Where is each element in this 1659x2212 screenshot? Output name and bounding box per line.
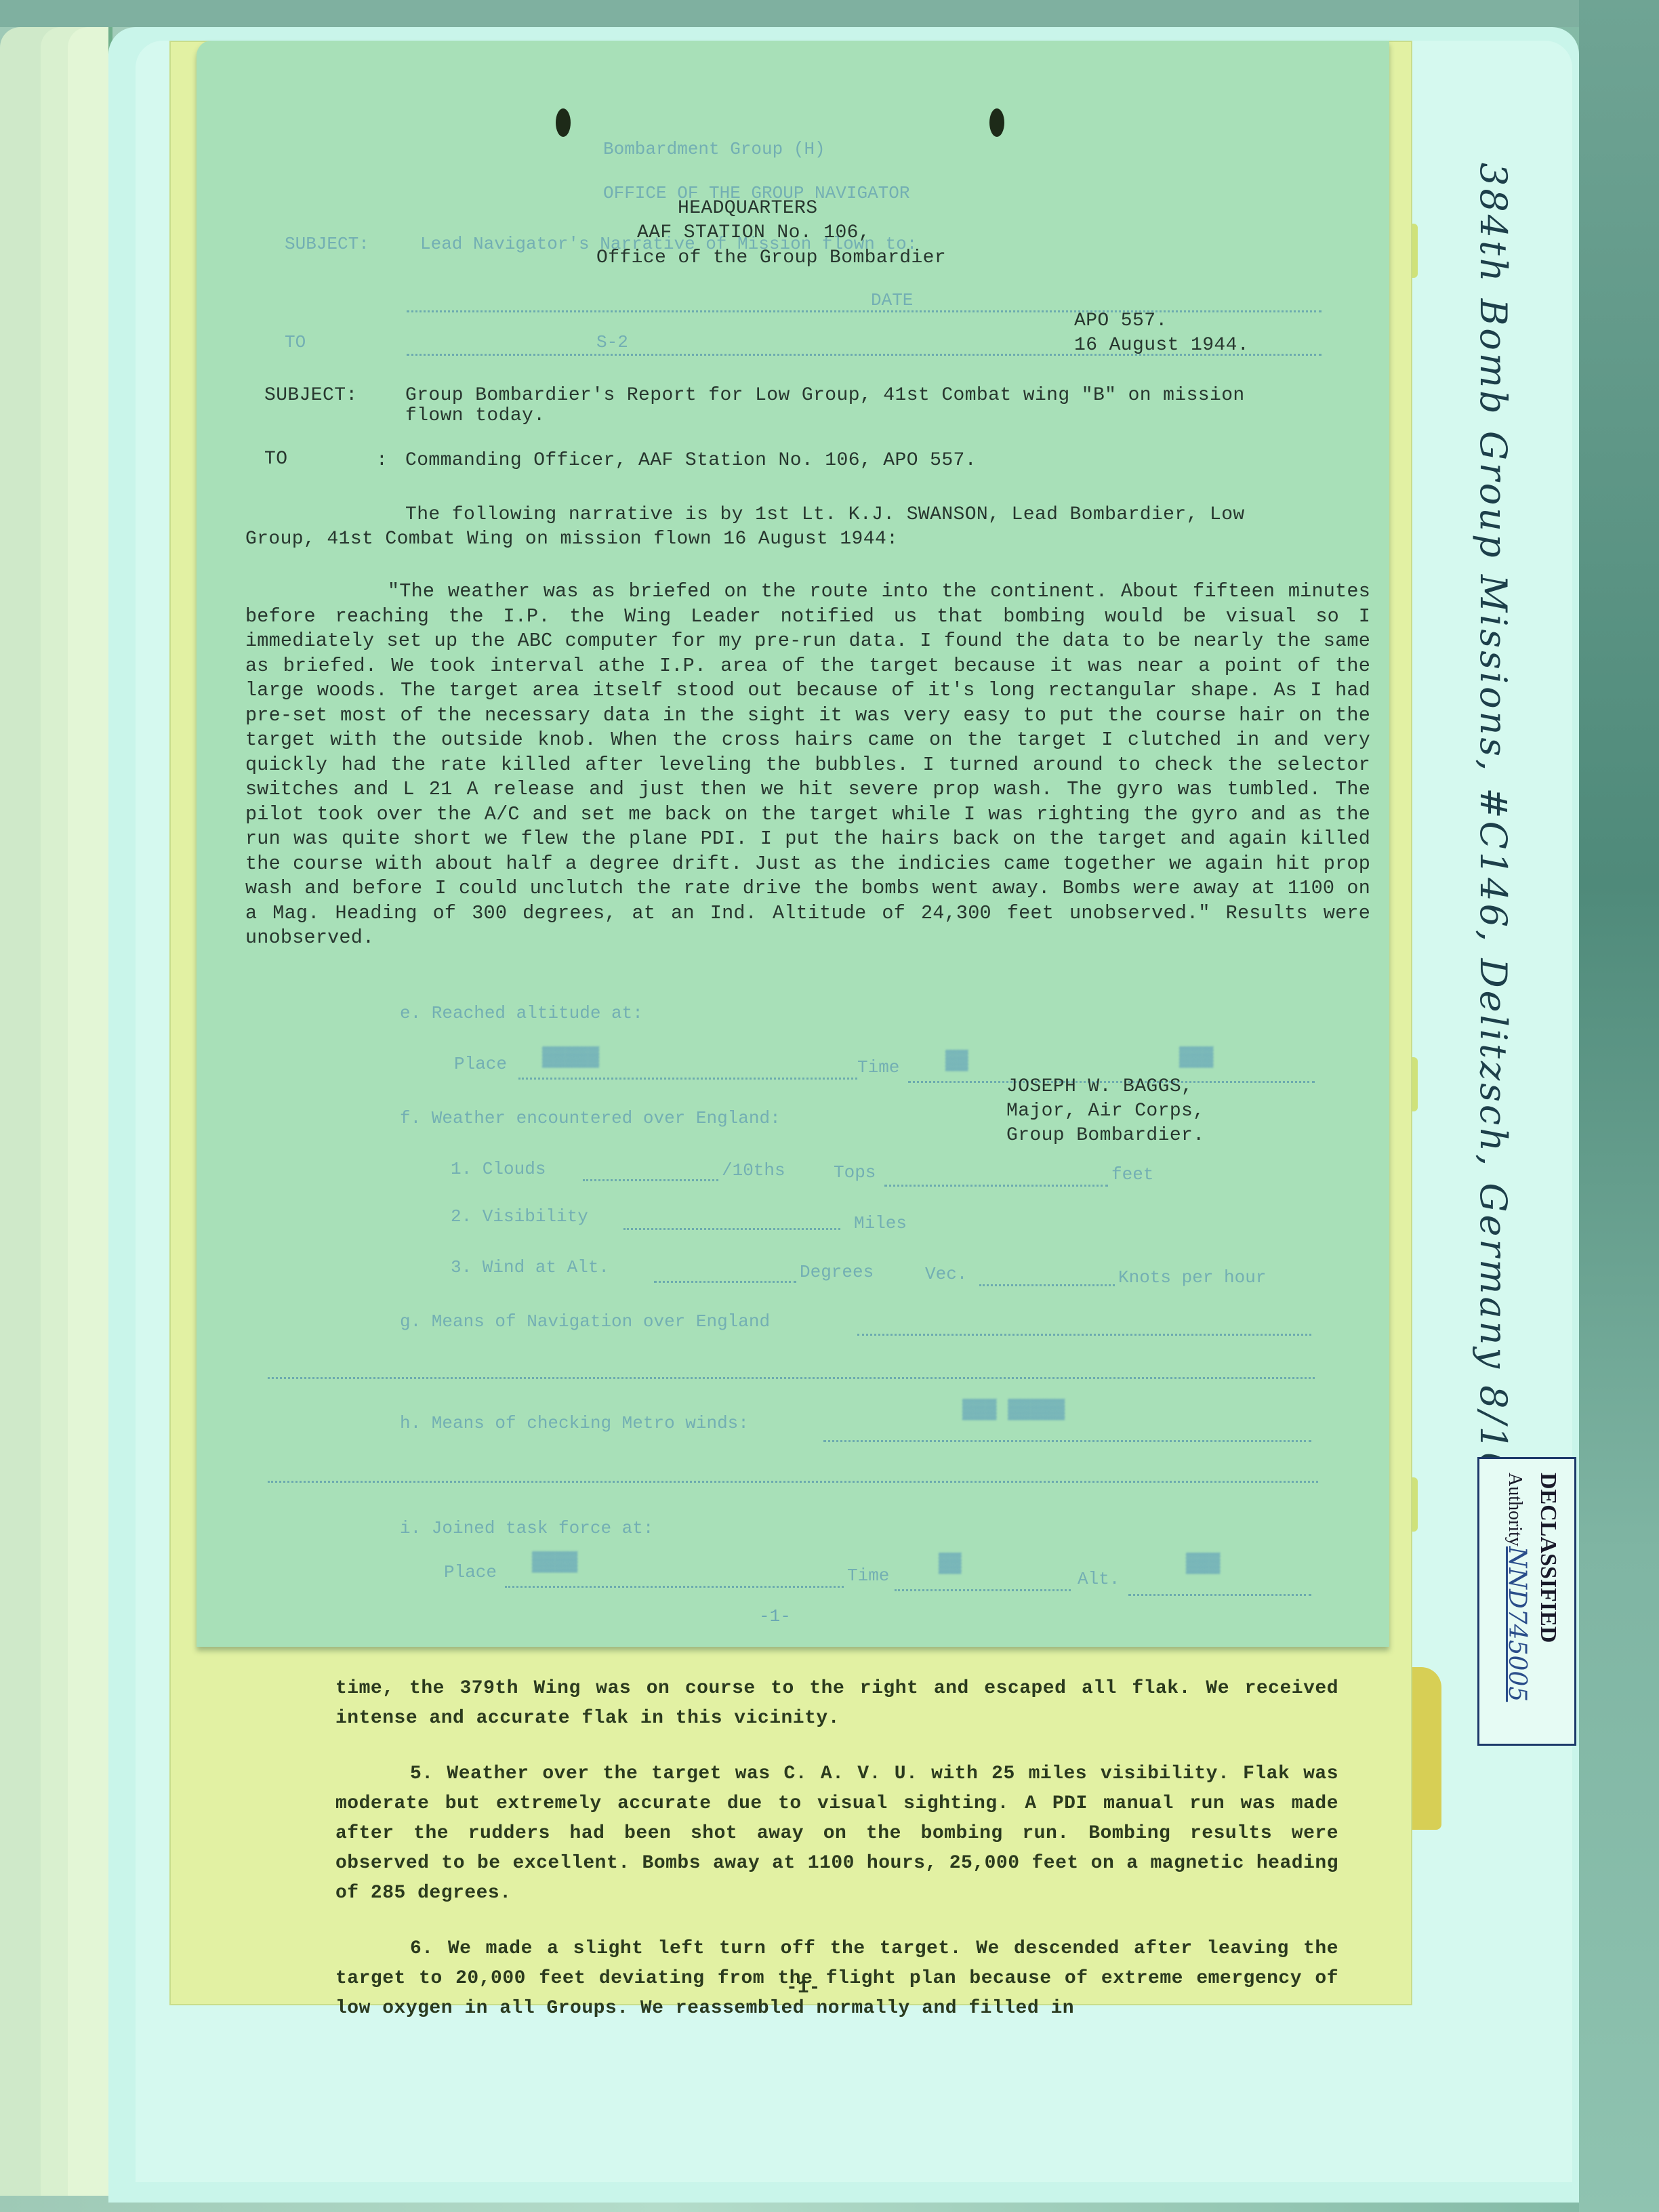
ghost-item-i: i. Joined task force at: — [400, 1518, 653, 1538]
underlying-page-number: -1- — [786, 1978, 820, 1999]
folder-annotation: 384th Bomb Group Missions, #C146, Delitz… — [1474, 163, 1528, 1382]
punch-hole — [556, 108, 571, 137]
letterhead-headquarters: HEADQUARTERS — [678, 198, 817, 219]
signature-rank: Major, Air Corps, — [1006, 1101, 1204, 1122]
ghost-line — [857, 1334, 1311, 1336]
ghost-wind-unit: Degrees — [800, 1262, 874, 1282]
paragraph-6: 6. We made a slight left turn off the ta… — [335, 1934, 1338, 2024]
ghost-to-label: TO — [285, 332, 306, 352]
ghost-unit: Bombardment Group (H) — [603, 139, 825, 159]
document-date: 16 August 1944. — [1074, 335, 1249, 356]
paragraph-4-tail: time, the 379th Wing was on course to th… — [335, 1674, 1338, 1734]
ghost-value: ▓▓▓ — [1186, 1553, 1220, 1574]
subject-text-line1: Group Bombardier's Report for Low Group,… — [405, 385, 1245, 406]
desk-surface — [0, 0, 1659, 27]
ghost-date-label: DATE — [871, 290, 913, 310]
ghost-line — [979, 1284, 1115, 1286]
letterhead-station: AAF STATION No. 106, — [637, 222, 870, 243]
ghost-line — [823, 1440, 1311, 1442]
ghost-item-g: g. Means of Navigation over England — [400, 1311, 770, 1332]
stacked-page — [68, 27, 112, 2196]
subject-text-line2: flown today. — [405, 405, 545, 426]
ghost-place-label: Place — [454, 1054, 507, 1074]
to-label: TO — [264, 449, 287, 470]
intro-line1: The following narrative is by 1st Lt. K.… — [405, 504, 1245, 525]
ghost-tops-label: Tops — [834, 1162, 876, 1183]
ghost-value: ▓▓ — [939, 1553, 962, 1574]
ghost-clouds-unit: /10ths — [722, 1160, 785, 1181]
stamp-authority: AuthorityNND745005 — [1503, 1473, 1531, 1702]
ghost-line — [1128, 1594, 1311, 1596]
ghost-vel-label: Vec. — [925, 1264, 967, 1284]
punch-hole — [989, 108, 1004, 137]
ghost-clouds-label: 1. Clouds — [451, 1159, 546, 1179]
subject-label: SUBJECT: — [264, 385, 358, 406]
paragraph-5: 5. Weather over the target was C. A. V. … — [335, 1759, 1338, 1908]
desk-surface-right — [1579, 0, 1659, 2212]
ghost-wind-label: 3. Wind at Alt. — [451, 1257, 609, 1277]
ghost-place-label: Place — [444, 1562, 497, 1582]
ghost-line — [505, 1586, 844, 1588]
ghost-line — [623, 1228, 840, 1230]
underlying-page-text: time, the 379th Wing was on course to th… — [335, 1674, 1338, 2049]
ghost-line — [518, 1078, 857, 1080]
ghost-visibility-unit: Miles — [854, 1213, 907, 1233]
letterhead-office: Office of the Group Bombardier — [596, 247, 946, 268]
ghost-time-label: Time — [857, 1057, 899, 1078]
ghost-to-value: S-2 — [596, 332, 628, 352]
ghost-line — [268, 1481, 1318, 1483]
ghost-value: ▓▓▓ — [1179, 1047, 1213, 1068]
to-recipient: Commanding Officer, AAF Station No. 106,… — [405, 450, 977, 471]
signature-name: JOSEPH W. BAGGS, — [1006, 1076, 1193, 1097]
ghost-value: ▓▓▓▓ — [532, 1552, 577, 1573]
ghost-line — [407, 310, 1322, 312]
ghost-value: ▓▓▓ ▓▓▓▓▓ — [962, 1399, 1065, 1420]
ghost-vel-unit: Knots per hour — [1118, 1267, 1266, 1288]
ghost-page-number: -1- — [759, 1606, 791, 1626]
to-colon: : — [376, 450, 388, 471]
ghost-visibility-label: 2. Visibility — [451, 1206, 588, 1227]
intro-line2: Group, 41st Combat Wing on mission flown… — [245, 529, 898, 550]
narrative-text: "The weather was as briefed on the route… — [245, 579, 1370, 951]
ghost-line — [654, 1281, 796, 1283]
apo-number: APO 557. — [1074, 310, 1168, 331]
ghost-subject-label: SUBJECT: — [285, 234, 369, 254]
declassified-stamp: DECLASSIFIED AuthorityNND745005 — [1477, 1457, 1576, 1746]
ghost-value: ▓▓▓▓▓ — [542, 1047, 599, 1068]
stamp-title: DECLASSIFIED — [1535, 1473, 1561, 1702]
ghost-item-e: e. Reached altitude at: — [400, 1003, 643, 1023]
ghost-value: ▓▓ — [945, 1050, 968, 1071]
ghost-alt-label: Alt. — [1078, 1569, 1120, 1589]
ghost-line — [268, 1377, 1315, 1379]
ghost-time-label: Time — [847, 1565, 889, 1586]
ghost-item-h: h. Means of checking Metro winds: — [400, 1413, 749, 1433]
ghost-item-f: f. Weather encountered over England: — [400, 1108, 781, 1128]
narrative: "The weather was as briefed on the route… — [245, 579, 1370, 951]
ghost-tops-unit: feet — [1111, 1164, 1153, 1185]
ghost-line — [895, 1589, 1071, 1591]
signature-title: Group Bombardier. — [1006, 1125, 1204, 1146]
ghost-line — [884, 1185, 1108, 1187]
ghost-line — [583, 1179, 718, 1181]
